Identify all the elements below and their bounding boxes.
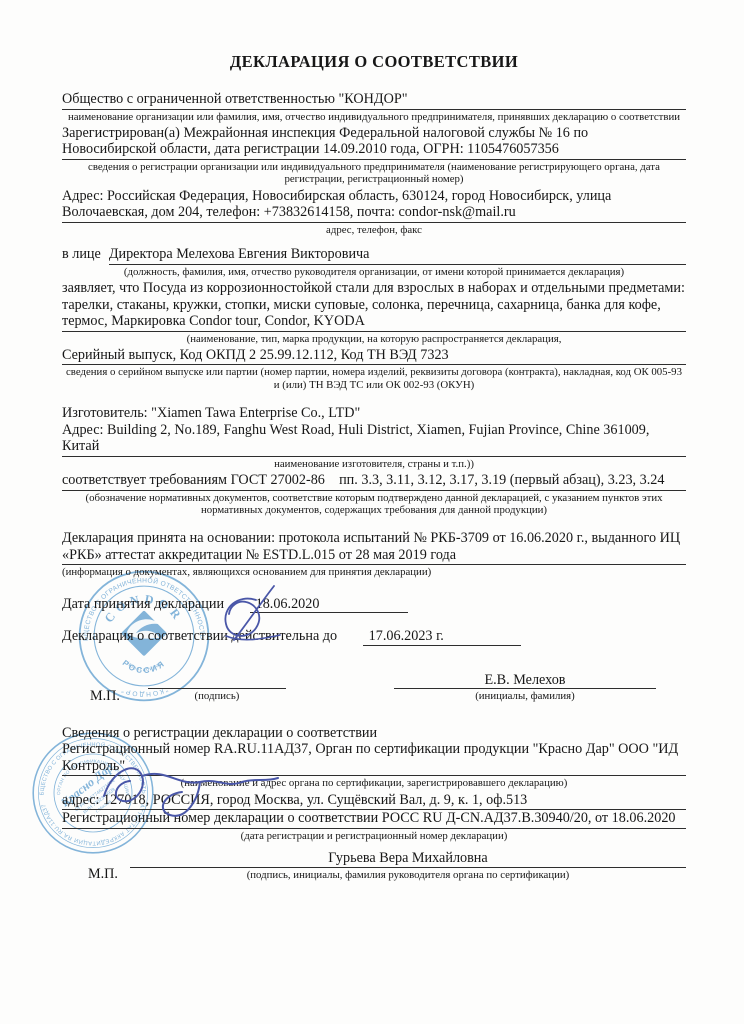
certifier-signer-caption: (подпись, инициалы, фамилия руководителя… <box>130 868 686 883</box>
certifier-signer-name: Гурьева Вера Михайловна <box>130 850 686 868</box>
represented-by-row: в лице Директора Мелехова Евгения Виктор… <box>62 246 686 265</box>
declarant-signature-ink <box>196 578 296 654</box>
declarant-name-line: Общество с ограниченной ответственностью… <box>62 91 686 110</box>
mp-label: М.П. <box>88 866 118 883</box>
standards-caption: (обозначение нормативных документов, соо… <box>62 491 686 519</box>
represented-by-prefix: в лице <box>62 246 109 263</box>
signature-slot: (подпись) <box>148 674 286 704</box>
adoption-date-row: Дата принятия декларации 18.06.2020 <box>62 596 686 614</box>
document-title: ДЕКЛАРАЦИЯ О СООТВЕТСТВИИ <box>62 52 686 72</box>
reg-section-heading: Сведения о регистрации декларации о соот… <box>62 725 686 742</box>
signature-line <box>148 674 286 689</box>
basis-line: Декларация принята на основании: протоко… <box>62 530 686 565</box>
declarant-name-caption: наименование организации или фамилия, им… <box>62 110 686 125</box>
represented-by-caption: (должность, фамилия, имя, отчество руков… <box>62 265 686 280</box>
declarant-registration-line: Зарегистрирован(а) Межрайонная инспекция… <box>62 125 686 160</box>
signer-name-caption: (инициалы, фамилия) <box>394 689 656 704</box>
validity-row: Декларация о соответствии действительна … <box>62 628 686 646</box>
document-page: ОБЩЕСТВО С ОГРАНИЧЕННОЙ ОТВЕТСТВЕННОСТЬЮ… <box>0 0 744 1024</box>
basis-caption: (информация о документах, являющихся осн… <box>62 565 686 580</box>
certifier-signature-ink <box>96 754 286 826</box>
signature-row-declarant: М.П. (подпись) Е.В. Мелехов (инициалы, ф… <box>62 672 686 705</box>
document-content: ДЕКЛАРАЦИЯ О СООТВЕТСТВИИ Общество с огр… <box>0 0 744 883</box>
declarant-address-caption: адрес, телефон, факс <box>62 223 686 238</box>
signer-name-column: Е.В. Мелехов (инициалы, фамилия) <box>394 672 656 705</box>
standards-line: соответствует требованиям ГОСТ 27002-86 … <box>62 472 686 491</box>
signer-name: Е.В. Мелехов <box>394 672 656 690</box>
declarant-registration-caption: сведения о регистрации организации или и… <box>62 160 686 188</box>
declarant-address-line: Адрес: Российская Федерация, Новосибирск… <box>62 188 686 223</box>
serial-line: Серийный выпуск, Код ОКПД 2 25.99.12.112… <box>62 347 686 366</box>
manufacturer-address-line: Адрес: Building 2, No.189, Fanghu West R… <box>62 422 686 457</box>
manufacturer-line: Изготовитель: "Xiamen Tawa Enterprise Co… <box>62 405 686 422</box>
validity-value: 17.06.2023 г. <box>363 628 521 646</box>
manufacturer-caption: наименование изготовителя, страны и т.п.… <box>62 457 686 472</box>
signature-row-certifier: М.П. Гурьева Вера Михайловна (подпись, и… <box>62 850 686 883</box>
signature-caption: (подпись) <box>148 689 286 704</box>
certifier-signer-column: Гурьева Вера Михайловна (подпись, инициа… <box>130 850 686 883</box>
represented-by-name: Директора Мелехова Евгения Викторовича <box>109 246 686 265</box>
serial-caption: сведения о серийном выпуске или партии (… <box>62 365 686 393</box>
decl-reg-number-caption: (дата регистрации и регистрационный номе… <box>62 829 686 844</box>
product-declaration-caption: (наименование, тип, марка продукции, на … <box>62 332 686 347</box>
product-declaration-line: заявляет, что Посуда из коррозионностойк… <box>62 280 686 332</box>
mp-label: М.П. <box>90 688 120 705</box>
